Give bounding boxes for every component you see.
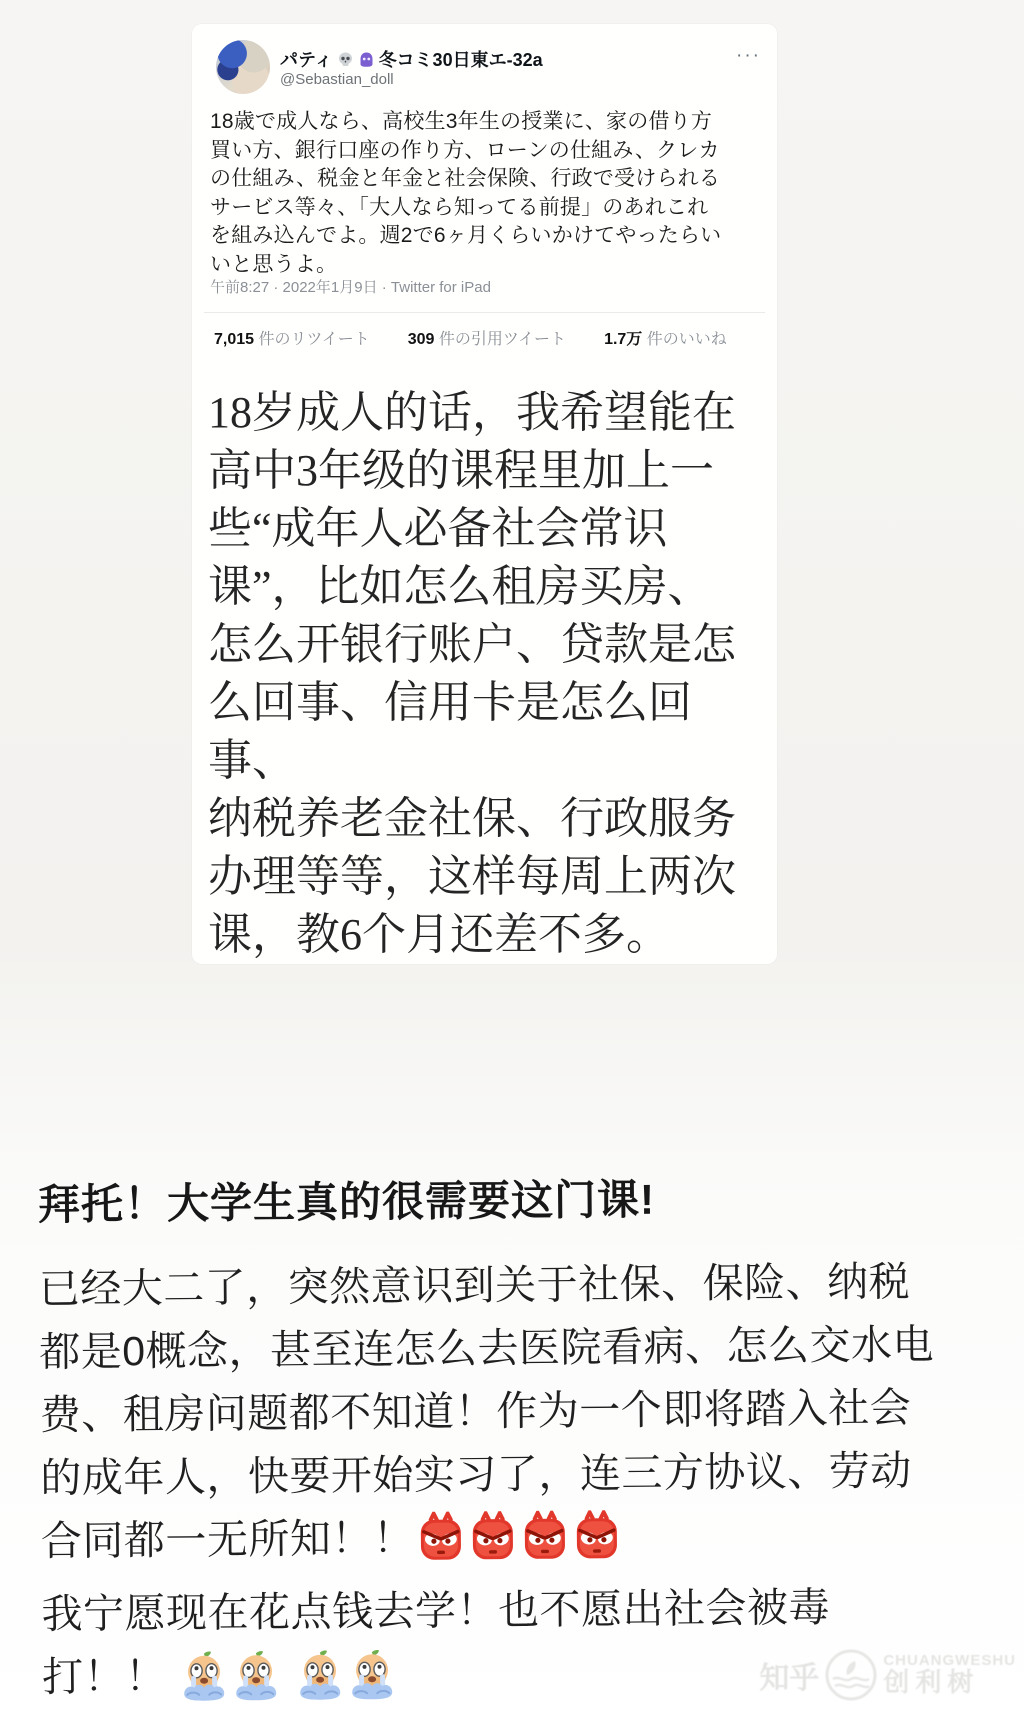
comment-section: 拜托！大学生真的很需要这门课! 已经大二了，突然意识到关于社保、保险、纳税 都是…: [38, 1164, 995, 1709]
tweet-text: 18歳で成人なら、高校生3年生の授業に、家の借り方 買い方、銀行口座の作り方、ロ…: [210, 108, 762, 279]
crying-emoji: [296, 1649, 344, 1701]
tweet-card: パティ 冬コミ30日東エ-32a @Sebastian_doll ··· 18歳…: [192, 24, 777, 964]
comment-paragraph-2-text: 我宁愿现在花点钱去学！也不愿出社会被毒 打！！: [41, 1584, 830, 1700]
translation-text: 18岁成人的话，我希望能在 高中3年级的课程里加上一 些“成年人必备社会常识 课…: [208, 384, 764, 964]
page: パティ 冬コミ30日東エ-32a @Sebastian_doll ··· 18歳…: [0, 0, 1024, 1715]
avatar[interactable]: [216, 40, 270, 94]
retweet-value: 7,015: [214, 331, 254, 348]
angry-emoji: [572, 1510, 620, 1562]
tweet-timestamp: 午前8:27 · 2022年1月9日 · Twitter for iPad: [210, 276, 491, 297]
like-value: 1.7万: [604, 331, 642, 348]
user-display-name[interactable]: パティ 冬コミ30日東エ-32a: [280, 46, 543, 72]
watermark-brand: 知乎: [759, 1653, 819, 1697]
tweet-stats: 7,015 件のリツイート 309 件の引用ツイート 1.7万 件のいいね: [214, 326, 727, 349]
quote-tweet-count[interactable]: 309 件の引用ツイート: [408, 326, 566, 349]
user-handle[interactable]: @Sebastian_doll: [280, 71, 394, 88]
more-options-button[interactable]: ···: [736, 46, 761, 65]
purple-ghost-emoji-icon: [358, 51, 375, 68]
angry-emoji: [520, 1511, 568, 1563]
quote-label: 件の引用ツイート: [439, 331, 566, 348]
watermark-text-cn: 创利树: [883, 1669, 1016, 1696]
user-name-suffix: 冬コミ30日東エ-32a: [379, 46, 543, 72]
retweet-label: 件のリツイート: [259, 331, 370, 348]
quote-value: 309: [408, 331, 435, 348]
like-label: 件のいいね: [647, 331, 727, 348]
divider: [204, 312, 765, 313]
angry-emoji: [468, 1511, 516, 1563]
watermark: 知乎 CHUANGWESHU 创利树: [759, 1649, 1016, 1701]
like-count[interactable]: 1.7万 件のいいね: [604, 326, 727, 349]
watermark-logo-icon: [825, 1649, 877, 1701]
comment-heading: 拜托！大学生真的很需要这门课!: [38, 1164, 990, 1232]
retweet-count[interactable]: 7,015 件のリツイート: [214, 326, 370, 349]
crying-emoji: [180, 1650, 228, 1702]
crying-emoji: [348, 1648, 396, 1700]
angry-emoji: [416, 1511, 464, 1563]
user-name-text: パティ: [280, 46, 333, 72]
comment-paragraph-1: 已经大二了，突然意识到关于社保、保险、纳税 都是0概念，甚至连怎么去医院看病、怎…: [38, 1250, 993, 1573]
skull-emoji-icon: [337, 51, 354, 68]
crying-emoji: [232, 1649, 280, 1701]
